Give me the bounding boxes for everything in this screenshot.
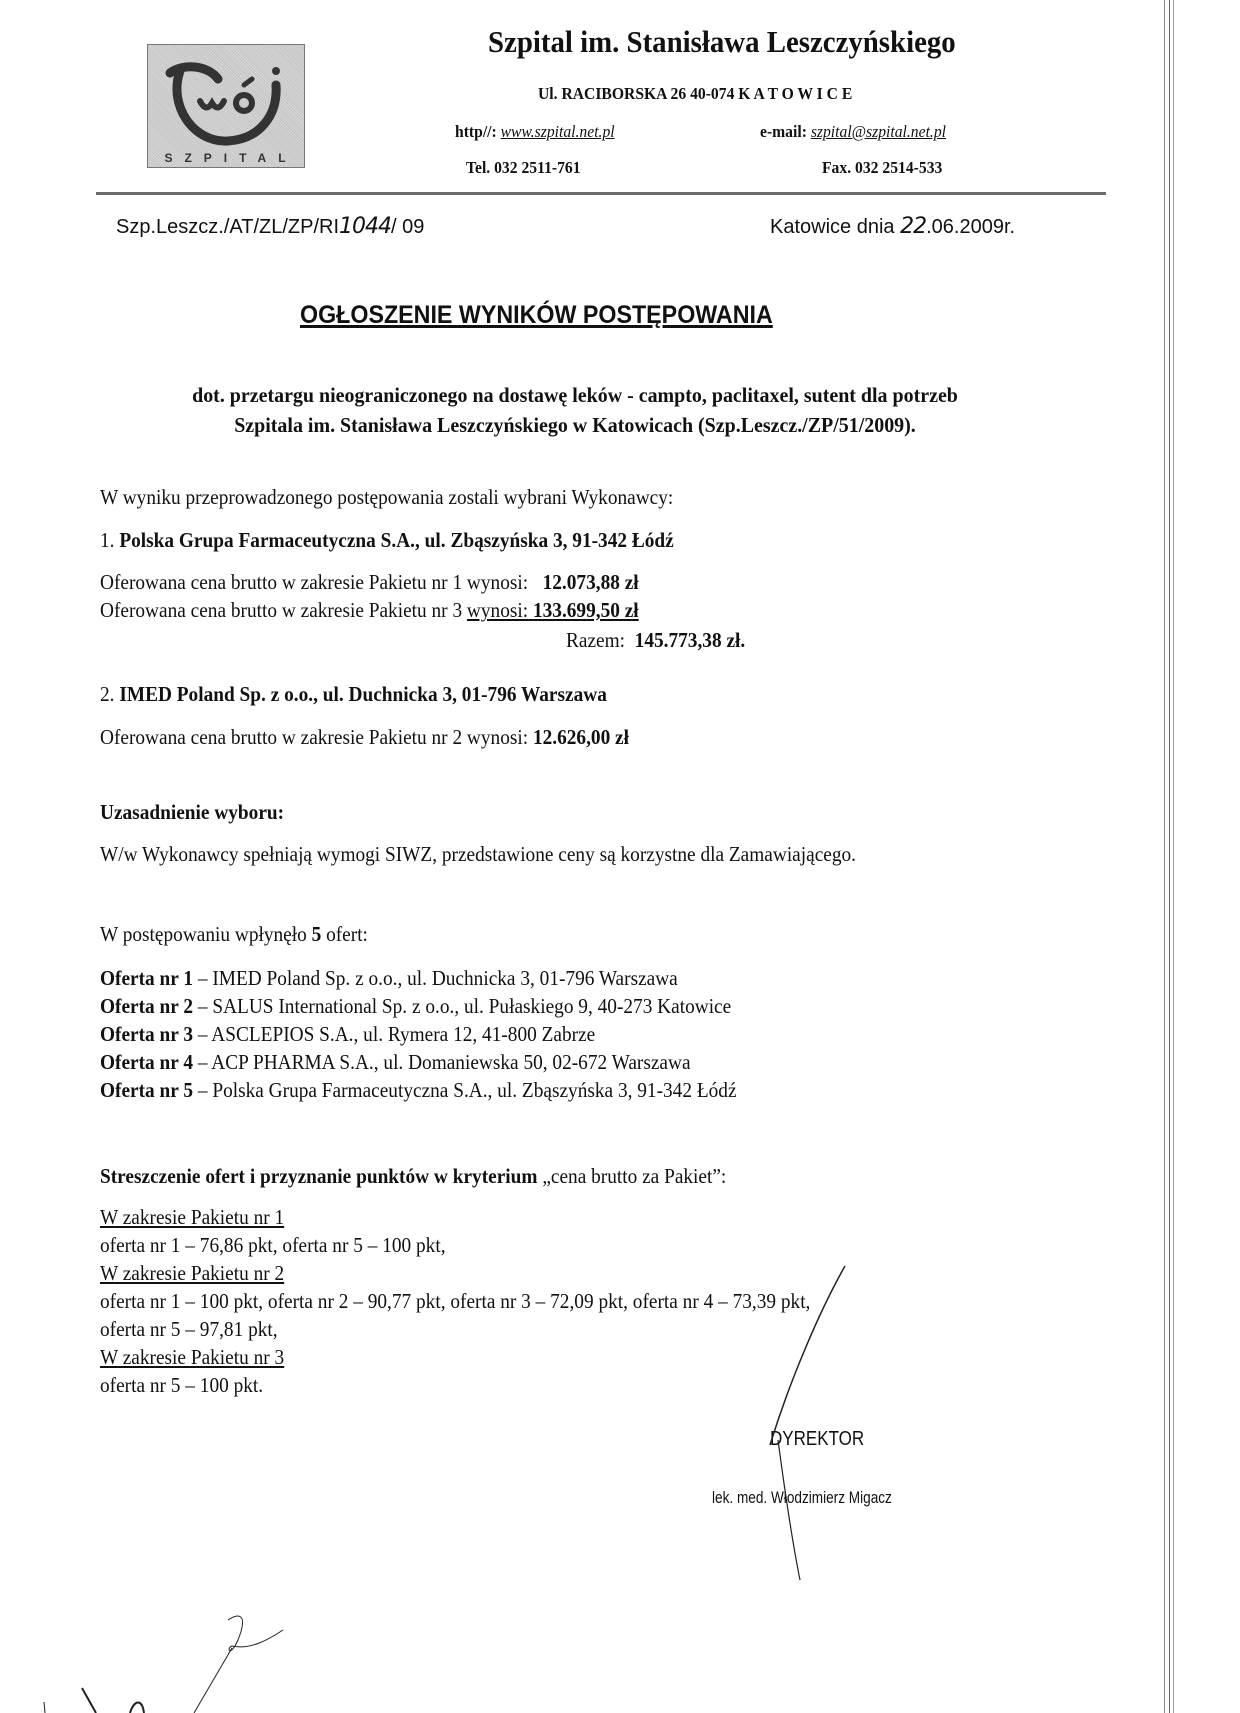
handwritten-signature-icon: [0, 0, 1240, 1713]
scan-edge-lines: [1164, 0, 1178, 1713]
